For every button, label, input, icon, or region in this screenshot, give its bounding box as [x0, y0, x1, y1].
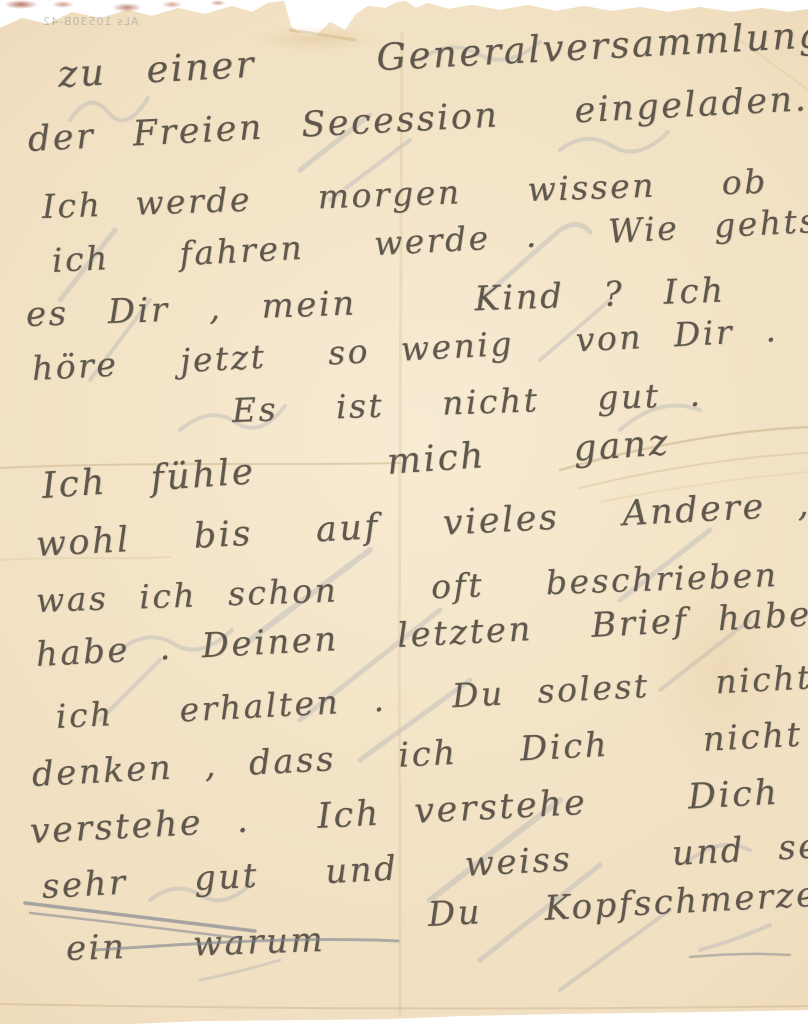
scanned-letter-page: ALs 10530B-42 zu einer Generalversammlun…	[0, 0, 808, 1024]
red-stain	[210, 0, 226, 6]
red-stain	[4, 0, 38, 9]
red-stain	[52, 1, 74, 8]
red-stain	[162, 1, 182, 8]
letter-paper	[0, 0, 808, 1024]
archival-inscription-mirrored: ALs 10530B-42	[42, 15, 138, 28]
